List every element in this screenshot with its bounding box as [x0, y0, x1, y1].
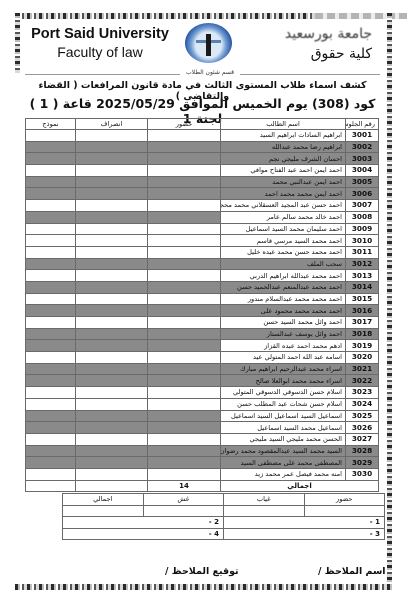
attendance-cell[interactable] — [148, 468, 221, 480]
table-header-row: رقم الجلوس اسم الطالب حضور انصراف نموذج — [26, 119, 379, 130]
departure-cell[interactable] — [76, 340, 148, 352]
table-row: 3025اسماعيل السيد اسماعيل السيد اسماعيل — [26, 410, 379, 422]
student-name: احمد محمد عبدالمنعم عبدالحميد حسن — [221, 281, 346, 293]
summary-header-cheating: غش — [143, 494, 224, 506]
summary-total-value[interactable] — [63, 505, 144, 517]
summary-absent-value[interactable] — [224, 505, 305, 517]
departure-cell[interactable] — [76, 293, 148, 305]
total-empty-1 — [76, 480, 148, 492]
seat-number: 3009 — [346, 223, 379, 235]
student-name: احمد ايمن احمد عبد الفتاح موافي — [221, 165, 346, 177]
form-cell[interactable] — [26, 398, 76, 410]
table-row: 3026اسماعيل محمد السيد اسماعيل — [26, 422, 379, 434]
departure-cell[interactable] — [76, 352, 148, 364]
form-cell[interactable] — [26, 153, 76, 165]
attendance-cell[interactable] — [148, 340, 221, 352]
decorative-border-top-faded — [315, 13, 407, 19]
table-row: 3029المصطفى محمد على مصطفى السيد — [26, 457, 379, 469]
seal-lighthouse-shape — [206, 34, 211, 56]
table-row: 3021اسراء محمد عبدالرحيم ابراهيم مبارك — [26, 363, 379, 375]
form-cell[interactable] — [26, 246, 76, 258]
attendance-cell[interactable] — [148, 130, 221, 142]
table-row: 3018احمد وائل يوسف عبدالستار — [26, 328, 379, 340]
summary-header-absent: غياب — [224, 494, 305, 506]
form-cell[interactable] — [26, 281, 76, 293]
form-cell[interactable] — [26, 422, 76, 434]
form-cell[interactable] — [26, 165, 76, 177]
form-cell[interactable] — [26, 188, 76, 200]
seat-number: 3021 — [346, 363, 379, 375]
summary-line-row: 1 - 2 - — [63, 517, 385, 529]
table-row: 3027الحسن محمد مليجي السيد مليجي — [26, 433, 379, 445]
seat-number: 3024 — [346, 398, 379, 410]
seat-number: 3020 — [346, 352, 379, 364]
attendance-cell[interactable] — [148, 410, 221, 422]
departure-cell[interactable] — [76, 165, 148, 177]
summary-header-present: حضور — [304, 494, 385, 506]
col-header-name: اسم الطالب — [221, 119, 346, 130]
table-row: 3030امنه محمد فيصل عمر محمد زيد — [26, 468, 379, 480]
total-value: 14 — [148, 480, 221, 492]
table-row: 3028السيد محمد السيد عبدالمقصود محمد رضو… — [26, 445, 379, 457]
form-cell[interactable] — [26, 317, 76, 329]
seat-number: 3011 — [346, 246, 379, 258]
form-cell[interactable] — [26, 352, 76, 364]
attendance-cell[interactable] — [148, 457, 221, 469]
table-row: 3005احمد ايمن عبدالنبي محمد — [26, 176, 379, 188]
departure-cell[interactable] — [76, 235, 148, 247]
departure-cell[interactable] — [76, 445, 148, 457]
departure-cell[interactable] — [76, 363, 148, 375]
seat-number: 3023 — [346, 387, 379, 399]
table-row: 3011احمد محمد حسن محمد عبده خليل — [26, 246, 379, 258]
form-cell[interactable] — [26, 235, 76, 247]
attendance-cell[interactable] — [148, 211, 221, 223]
departure-cell[interactable] — [76, 410, 148, 422]
seat-number: 3016 — [346, 305, 379, 317]
attendance-cell[interactable] — [148, 246, 221, 258]
table-row: 3012سحب الملف — [26, 258, 379, 270]
observer-signature-label: توقيع الملاحظ / — [165, 566, 239, 577]
attendance-cell[interactable] — [148, 235, 221, 247]
departure-cell[interactable] — [76, 153, 148, 165]
seat-number: 3019 — [346, 340, 379, 352]
attendance-cell[interactable] — [148, 188, 221, 200]
student-name: اسراء محمد محمد ابوالعلا صالح — [221, 375, 346, 387]
student-name: احمد محمد السيد مرسي قاسم — [221, 235, 346, 247]
summary-line-4: 4 - — [63, 528, 224, 540]
form-cell[interactable] — [26, 305, 76, 317]
attendance-cell[interactable] — [148, 305, 221, 317]
student-name: المصطفى محمد على مصطفى السيد — [221, 457, 346, 469]
seat-number: 3010 — [346, 235, 379, 247]
student-name: احمد حسن عبد المجيد العسقلاني محمد محجوب — [221, 200, 346, 212]
attendance-cell[interactable] — [148, 176, 221, 188]
seat-number: 3015 — [346, 293, 379, 305]
attendance-cell[interactable] — [148, 293, 221, 305]
attendance-cell[interactable] — [148, 433, 221, 445]
attendance-cell[interactable] — [148, 375, 221, 387]
col-header-departure: انصراف — [76, 119, 148, 130]
header-arabic: جامعة بورسعيد كلية حقوق — [242, 24, 372, 64]
attendance-cell[interactable] — [148, 200, 221, 212]
attendance-cell[interactable] — [148, 398, 221, 410]
seat-number: 3012 — [346, 258, 379, 270]
departure-cell[interactable] — [76, 188, 148, 200]
student-name: احمد محمد حسن محمد عبده خليل — [221, 246, 346, 258]
faculty-name-en: Faculty of law — [30, 43, 170, 61]
departure-cell[interactable] — [76, 200, 148, 212]
summary-cheating-value[interactable] — [143, 505, 224, 517]
form-cell[interactable] — [26, 468, 76, 480]
decorative-border-bottom — [15, 584, 392, 590]
attendance-cell[interactable] — [148, 153, 221, 165]
summary-line-2: 2 - — [63, 517, 224, 529]
attendance-cell[interactable] — [148, 270, 221, 282]
form-cell[interactable] — [26, 270, 76, 282]
attendance-cell[interactable] — [148, 363, 221, 375]
form-cell[interactable] — [26, 410, 76, 422]
student-name: اسراء محمد عبدالرحيم ابراهيم مبارك — [221, 363, 346, 375]
student-name: الحسن محمد مليجي السيد مليجي — [221, 433, 346, 445]
student-name: احمد وائل محمد السيد حسن — [221, 317, 346, 329]
attendance-cell[interactable] — [148, 422, 221, 434]
table-row: 3022اسراء محمد محمد ابوالعلا صالح — [26, 375, 379, 387]
seat-number: 3006 — [346, 188, 379, 200]
student-name: احمد ايمن عبدالنبي محمد — [221, 176, 346, 188]
form-cell[interactable] — [26, 387, 76, 399]
form-cell[interactable] — [26, 141, 76, 153]
departure-cell[interactable] — [76, 387, 148, 399]
departure-cell[interactable] — [76, 468, 148, 480]
table-row: 3007احمد حسن عبد المجيد العسقلاني محمد م… — [26, 200, 379, 212]
summary-blank-row — [63, 505, 385, 517]
departure-cell[interactable] — [76, 317, 148, 329]
seat-number: 3005 — [346, 176, 379, 188]
departure-cell[interactable] — [76, 375, 148, 387]
attendance-cell[interactable] — [148, 165, 221, 177]
attendance-cell[interactable] — [148, 281, 221, 293]
form-cell[interactable] — [26, 211, 76, 223]
student-name: احمد محمد محمد عبدالسلام مندور — [221, 293, 346, 305]
summary-table: حضور غياب غش اجمالي 1 - 2 - 3 - 4 - — [62, 493, 385, 540]
table-row: 3017احمد وائل محمد السيد حسن — [26, 317, 379, 329]
student-name: اسماعيل محمد السيد اسماعيل — [221, 422, 346, 434]
departure-cell[interactable] — [76, 305, 148, 317]
seat-number: 3007 — [346, 200, 379, 212]
table-row: 3003احسان الشرف مليجي نجم — [26, 153, 379, 165]
departure-cell[interactable] — [76, 281, 148, 293]
decorative-border-left — [15, 13, 20, 73]
attendance-cell[interactable] — [148, 445, 221, 457]
departure-cell[interactable] — [76, 270, 148, 282]
form-cell[interactable] — [26, 223, 76, 235]
attendance-cell[interactable] — [148, 258, 221, 270]
form-cell[interactable] — [26, 445, 76, 457]
table-row: 3015احمد محمد محمد عبدالسلام مندور — [26, 293, 379, 305]
seat-number: 3014 — [346, 281, 379, 293]
departure-cell[interactable] — [76, 223, 148, 235]
departure-cell[interactable] — [76, 211, 148, 223]
student-name: ابراهيم السادات ابراهيم السيد — [221, 130, 346, 142]
seat-number: 3002 — [346, 141, 379, 153]
department-label: قسم شئون الطلاب — [180, 69, 240, 76]
form-cell[interactable] — [26, 293, 76, 305]
seat-number: 3028 — [346, 445, 379, 457]
student-name: اسامه عبد الله احمد المتولي عيد — [221, 352, 346, 364]
student-name: احمد محمد محمد محمود على — [221, 305, 346, 317]
form-cell[interactable] — [26, 457, 76, 469]
table-row: 3024اسلام حسن شحات عبد المطلب حسن — [26, 398, 379, 410]
seat-number: 3018 — [346, 328, 379, 340]
seat-number: 3022 — [346, 375, 379, 387]
table-row: 3001ابراهيم السادات ابراهيم السيد — [26, 130, 379, 142]
student-name: احسان الشرف مليجي نجم — [221, 153, 346, 165]
decorative-border-top — [15, 13, 315, 19]
attendance-table: رقم الجلوس اسم الطالب حضور انصراف نموذج … — [25, 118, 379, 492]
attendance-cell[interactable] — [148, 141, 221, 153]
table-row: 3008احمد خالد محمد سالم عامر — [26, 211, 379, 223]
form-cell[interactable] — [26, 340, 76, 352]
student-name: السيد محمد السيد عبدالمقصود محمد رضوان — [221, 445, 346, 457]
student-name: سحب الملف — [221, 258, 346, 270]
university-seal-icon — [185, 23, 232, 63]
table-row: 3014احمد محمد عبدالمنعم عبدالحميد حسن — [26, 281, 379, 293]
form-cell[interactable] — [26, 200, 76, 212]
form-cell[interactable] — [26, 258, 76, 270]
observer-name-label: اسم الملاحظ / — [318, 566, 386, 577]
attendance-cell[interactable] — [148, 387, 221, 399]
total-label: اجمالي — [221, 480, 379, 492]
seat-number: 3027 — [346, 433, 379, 445]
departure-cell[interactable] — [76, 176, 148, 188]
header-english: Port Said University Faculty of law — [30, 26, 170, 61]
summary-line-1: 1 - — [224, 517, 385, 529]
university-name-en: Port Said University — [30, 26, 170, 43]
student-name: احمد ايمن محمد محمد احمد — [221, 188, 346, 200]
attendance-cell[interactable] — [148, 317, 221, 329]
table-row: 3023اسلام حسن الدسوقي الدسوقي المتولي — [26, 387, 379, 399]
form-cell[interactable] — [26, 375, 76, 387]
decorative-border-right — [387, 13, 392, 590]
col-header-form: نموذج — [26, 119, 76, 130]
departure-cell[interactable] — [76, 433, 148, 445]
student-name: احمد خالد محمد سالم عامر — [221, 211, 346, 223]
student-name: ادهم محمد احمد عبده القزاز — [221, 340, 346, 352]
form-cell[interactable] — [26, 130, 76, 142]
form-cell[interactable] — [26, 433, 76, 445]
student-name: امنه محمد فيصل عمر محمد زيد — [221, 468, 346, 480]
table-row: 3013احمد محمد عبدالله ابراهيم الدربي — [26, 270, 379, 282]
col-header-seat: رقم الجلوس — [346, 119, 379, 130]
seat-number: 3017 — [346, 317, 379, 329]
student-name: اسلام حسن الدسوقي الدسوقي المتولي — [221, 387, 346, 399]
departure-cell[interactable] — [76, 130, 148, 142]
table-row: 3020اسامه عبد الله احمد المتولي عيد — [26, 352, 379, 364]
summary-present-value[interactable] — [304, 505, 385, 517]
attendance-cell[interactable] — [148, 328, 221, 340]
seat-number: 3004 — [346, 165, 379, 177]
col-header-attendance: حضور — [148, 119, 221, 130]
table-row: 3010احمد محمد السيد مرسي قاسم — [26, 235, 379, 247]
form-cell[interactable] — [26, 328, 76, 340]
table-body: 3001ابراهيم السادات ابراهيم السيد3002ابر… — [26, 130, 379, 481]
departure-cell[interactable] — [76, 457, 148, 469]
summary-header-row: حضور غياب غش اجمالي — [63, 494, 385, 506]
attendance-cell[interactable] — [148, 223, 221, 235]
student-name: ابراهيم رضا محمد عبدالله — [221, 141, 346, 153]
attendance-cell[interactable] — [148, 352, 221, 364]
table-row: 3016احمد محمد محمد محمود على — [26, 305, 379, 317]
departure-cell[interactable] — [76, 398, 148, 410]
table-row: 3019ادهم محمد احمد عبده القزاز — [26, 340, 379, 352]
university-name-ar: جامعة بورسعيد — [242, 24, 372, 44]
seat-number: 3001 — [346, 130, 379, 142]
seat-number: 3003 — [346, 153, 379, 165]
total-empty-2 — [26, 480, 76, 492]
departure-cell[interactable] — [76, 141, 148, 153]
departure-cell[interactable] — [76, 422, 148, 434]
student-name: اسماعيل السيد اسماعيل السيد اسماعيل — [221, 410, 346, 422]
departure-cell[interactable] — [76, 246, 148, 258]
faculty-name-ar: كلية حقوق — [242, 44, 372, 64]
student-name: احمد وائل يوسف عبدالستار — [221, 328, 346, 340]
departure-cell[interactable] — [76, 258, 148, 270]
seat-number: 3025 — [346, 410, 379, 422]
student-name: احمد سليمان محمد السيد اسماعيل — [221, 223, 346, 235]
departure-cell[interactable] — [76, 328, 148, 340]
summary-line-row: 3 - 4 - — [63, 528, 385, 540]
summary-line-3: 3 - — [224, 528, 385, 540]
table-row: 3009احمد سليمان محمد السيد اسماعيل — [26, 223, 379, 235]
seat-number: 3026 — [346, 422, 379, 434]
form-cell[interactable] — [26, 176, 76, 188]
student-name: اسلام حسن شحات عبد المطلب حسن — [221, 398, 346, 410]
table-row: 3004احمد ايمن احمد عبد الفتاح موافي — [26, 165, 379, 177]
table-row: 3002ابراهيم رضا محمد عبدالله — [26, 141, 379, 153]
seat-number: 3030 — [346, 468, 379, 480]
seat-number: 3013 — [346, 270, 379, 282]
summary-header-total: اجمالي — [63, 494, 144, 506]
seat-number: 3008 — [346, 211, 379, 223]
table-total-row: اجمالي 14 — [26, 480, 379, 492]
seat-number: 3029 — [346, 457, 379, 469]
table-row: 3006احمد ايمن محمد محمد احمد — [26, 188, 379, 200]
student-name: احمد محمد عبدالله ابراهيم الدربي — [221, 270, 346, 282]
form-cell[interactable] — [26, 363, 76, 375]
